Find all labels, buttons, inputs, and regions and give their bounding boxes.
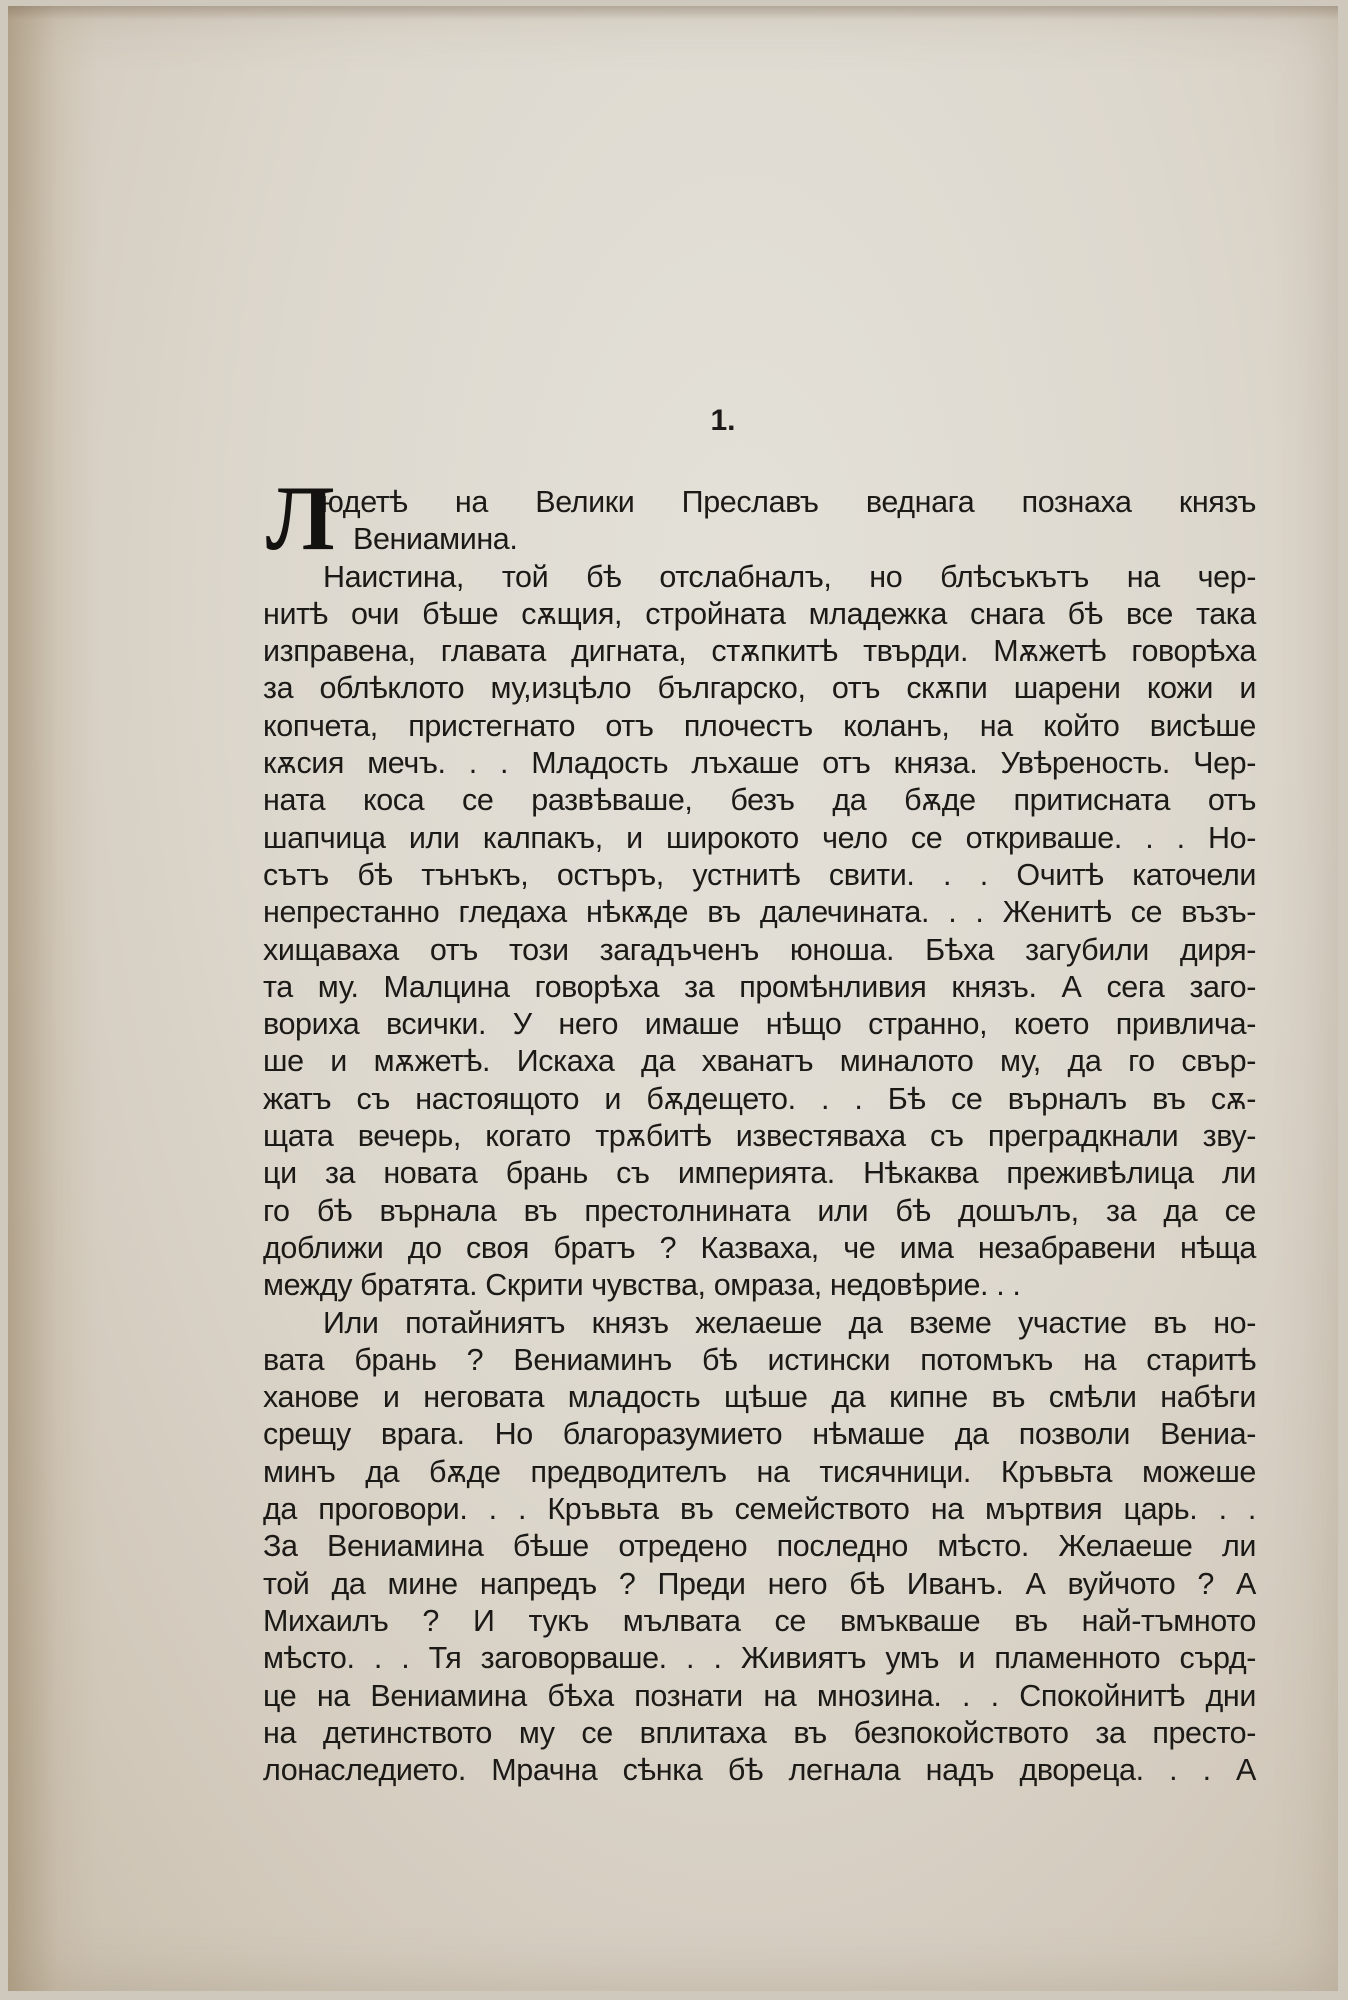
text-line: сътъ бѣ тънъкъ, остъръ, устнитѣ свити. .… [263,857,1256,894]
text-line: жатъ съ настоящото и бѫдещето. . . Бѣ се… [263,1081,1256,1118]
text-line: да проговори. . . Кръвьта въ семейството… [263,1491,1256,1528]
text-line: кѫсия мечъ. . . Младость лъхаше отъ княз… [263,745,1256,782]
text-line: це на Вениамина бѣха познати на мнозина.… [263,1678,1256,1715]
text-line: вориха всички. У него имаше нѣщо странно… [263,1006,1256,1043]
text-line: нитѣ очи бѣше сѫщия, стройната младежка … [263,596,1256,633]
text-line: Л юдетѣ на Велики Преславъ веднага позна… [263,484,1256,521]
text-line: за облѣклото му,изцѣло българско, отъ ск… [263,670,1256,707]
chapter-number: 1. [8,404,1348,438]
text-line: той да мине напредъ ? Преди него бѣ Иван… [263,1566,1256,1603]
text-line: между братята. Скрити чувства, омраза, н… [263,1267,1256,1304]
text-line: минъ да бѫде предводителъ на тисячници. … [263,1454,1256,1491]
text-line: Или потайниятъ князъ желаеше да вземе уч… [263,1305,1256,1342]
paragraph-1: Л юдетѣ на Велики Преславъ веднага позна… [263,484,1256,559]
text-line: доближи до своя братъ ? Казваха, че има … [263,1230,1256,1267]
text-line: вата брань ? Вениаминъ бѣ истински потом… [263,1342,1256,1379]
text-line: шапчица или калпакъ, и широкото чело се … [263,820,1256,857]
paragraph-3: Или потайниятъ князъ желаеше да вземе уч… [263,1305,1256,1790]
page-top-edge [8,6,1338,20]
text-line: ханове и неговата младость щѣше да кипне… [263,1379,1256,1416]
text-line: щата вечерь, когато трѫбитѣ известяваха … [263,1118,1256,1155]
text-line: срещу врага. Но благоразумието нѣмаше да… [263,1416,1256,1453]
drop-cap: Л [266,478,334,558]
text-line: ци за новата брань съ империята. Нѣкаква… [263,1155,1256,1192]
text-line: копчета, пристегнато отъ плочестъ коланъ… [263,708,1256,745]
text-line: хищаваха отъ този загадъченъ юноша. Бѣха… [263,932,1256,969]
text-line: мѣсто. . . Тя заговорваше. . . Живиятъ у… [263,1640,1256,1677]
text-line: непрестанно гледаха нѣкѫде въ далечината… [263,894,1256,931]
spine-shadow [8,6,98,1991]
text-line: Наистина, той бѣ отслабналъ, но блѣсъкът… [263,559,1256,596]
text-line: ната коса се развѣваше, безъ да бѫде при… [263,782,1256,819]
text-line: ше и мѫжетѣ. Искаха да хванатъ миналото … [263,1043,1256,1080]
text-line: та му. Малцина говорѣха за промѣнливия к… [263,969,1256,1006]
text-line: Вениамина. [263,521,1256,558]
text-line: лонаследието. Мрачна сѣнка бѣ легнала на… [263,1752,1256,1789]
text-line: изправена, главата дигната, стѫпкитѣ твъ… [263,633,1256,670]
text-line: За Вениамина бѣше отредено последно мѣст… [263,1528,1256,1565]
text-line: Михаилъ ? И тукъ мълвата се вмъкваше въ … [263,1603,1256,1640]
book-page: 1. Л юдетѣ на Велики Преславъ веднага по… [8,6,1338,1991]
text-line: на детинството му се вплитаха въ безпоко… [263,1715,1256,1752]
body-text: Л юдетѣ на Велики Преславъ веднага позна… [263,484,1256,1789]
paragraph-2: Наистина, той бѣ отслабналъ, но блѣсъкът… [263,559,1256,1305]
text-line: го бѣ върнала въ престолнината или бѣ до… [263,1193,1256,1230]
